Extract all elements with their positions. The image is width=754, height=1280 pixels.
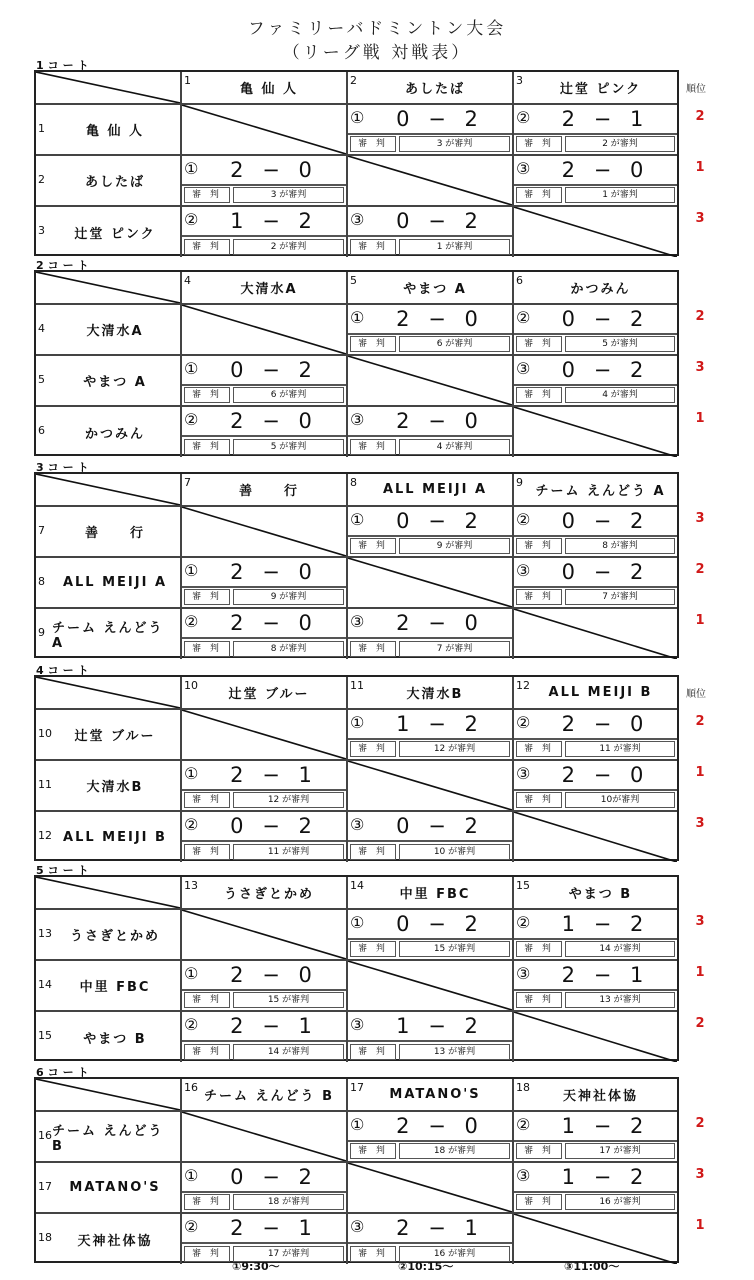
referee-row: 審 判 5 が審判 (514, 335, 677, 354)
match-score-box: ② 2 − 0 (182, 407, 346, 437)
game-order: ② (516, 1115, 530, 1134)
self-match-cell (180, 710, 346, 759)
column-header: 10 辻堂 ブルー (180, 677, 346, 708)
league-table: 1 亀 仙 人 2 あしたば 3 辻堂 ピンク 1 亀 仙 人 ① 0 − 2 (34, 70, 679, 256)
time-slot-2: ②10:15〜 (398, 1258, 453, 1274)
team-number: 5 (38, 373, 45, 386)
rank-value: 2 (690, 1016, 710, 1031)
team-number: 9 (38, 626, 45, 639)
row-header: 2 あしたば (36, 156, 180, 205)
row-header: 6 かつみん (36, 407, 180, 457)
page-subtitle: （リーグ戦 対戦表） (0, 38, 754, 63)
team-name: チーム えんどう A (528, 474, 673, 505)
referee-label: 審 判 (184, 1246, 230, 1262)
team-number: 7 (38, 524, 45, 537)
match-score: 2 − 0 (212, 156, 336, 184)
match-cell: ① 2 − 0 審 判 9 が審判 (180, 558, 346, 607)
referee-label: 審 判 (516, 992, 562, 1008)
match-cell: ① 0 − 2 審 判 18 が審判 (180, 1163, 346, 1212)
diagonal-line-icon (514, 1214, 677, 1264)
team-name: チーム えんどう B (196, 1079, 342, 1110)
game-order: ① (184, 964, 198, 983)
team-name: ALL MEIJI A (362, 474, 508, 505)
team-number: 8 (38, 575, 45, 588)
row-header: 16 チーム えんどう B (36, 1112, 180, 1161)
match-score: 0 − 2 (378, 910, 502, 938)
game-order: ② (184, 815, 198, 834)
match-score-box: ① 1 − 2 (348, 710, 512, 740)
rank-value: 3 (690, 211, 710, 226)
match-score: 2 − 1 (212, 761, 336, 789)
column-header: 8 ALL MEIJI A (346, 474, 512, 505)
match-cell: ② 2 − 1 審 判 2 が審判 (512, 105, 677, 154)
match-cell: ③ 0 − 2 審 判 10 が審判 (346, 812, 512, 862)
game-order: ① (184, 359, 198, 378)
referee-assignment: 2 が審判 (565, 136, 675, 152)
rank-value: 2 (690, 309, 710, 324)
referee-label: 審 判 (350, 941, 396, 957)
match-cell: ③ 1 − 2 審 判 13 が審判 (346, 1012, 512, 1062)
team-row: 5 やまつ A ① 0 − 2 審 判 6 が審判 ③ (36, 354, 677, 405)
referee-assignment: 7 が審判 (399, 641, 510, 657)
referee-assignment: 11 が審判 (233, 844, 344, 860)
rank-value: 2 (690, 1116, 710, 1131)
match-score: 2 − 0 (212, 407, 336, 435)
referee-label: 審 判 (516, 387, 562, 403)
team-name: チーム えんどう B (52, 1112, 178, 1161)
match-score: 0 − 2 (378, 207, 502, 235)
match-cell: ① 2 − 0 審 判 3 が審判 (180, 156, 346, 205)
diagonal-line-icon (514, 207, 677, 257)
self-match-cell (346, 961, 512, 1010)
match-cell: ① 0 − 2 審 判 15 が審判 (346, 910, 512, 959)
row-header: 18 天神社体協 (36, 1214, 180, 1264)
referee-label: 審 判 (184, 1044, 230, 1060)
referee-row: 審 判 15 が審判 (348, 940, 512, 959)
referee-label: 審 判 (516, 941, 562, 957)
match-score-box: ② 1 − 2 (514, 1112, 677, 1142)
match-score: 1 − 2 (544, 1112, 667, 1140)
team-name: 大清水B (362, 677, 508, 708)
match-score: 0 − 2 (544, 507, 667, 535)
game-order: ① (350, 1115, 364, 1134)
referee-row: 審 判 2 が審判 (182, 238, 346, 257)
match-score-box: ① 2 − 0 (182, 558, 346, 588)
referee-assignment: 7 が審判 (565, 589, 675, 605)
game-order: ③ (516, 1166, 530, 1185)
referee-row: 審 判 16 が審判 (514, 1193, 677, 1212)
referee-label: 審 判 (184, 792, 230, 808)
match-cell: ② 2 − 0 審 判 5 が審判 (180, 407, 346, 457)
referee-row: 審 判 4 が審判 (348, 438, 512, 457)
team-name: チーム えんどう A (52, 609, 178, 659)
team-name: かつみん (52, 407, 178, 457)
row-header: 13 うさぎとかめ (36, 910, 180, 959)
team-name: 辻堂 ピンク (52, 207, 178, 257)
team-number: 2 (350, 74, 357, 87)
game-order: ③ (350, 1015, 364, 1034)
team-number: 9 (516, 476, 523, 489)
row-header: 5 やまつ A (36, 356, 180, 405)
referee-row: 審 判 10が審判 (514, 791, 677, 810)
match-score-box: ① 0 − 2 (348, 910, 512, 940)
match-score: 2 − 0 (378, 305, 502, 333)
team-row: 10 辻堂 ブルー ① 1 − 2 審 判 12 が審判 ② (36, 708, 677, 759)
match-cell: ③ 2 − 1 審 判 16 が審判 (346, 1214, 512, 1264)
team-number: 4 (38, 322, 45, 335)
referee-row: 審 判 9 が審判 (348, 537, 512, 556)
referee-assignment: 6 が審判 (399, 336, 510, 352)
diagonal-line-icon (182, 910, 346, 959)
team-number: 3 (516, 74, 523, 87)
referee-label: 審 判 (516, 792, 562, 808)
team-name: 大清水B (52, 761, 178, 810)
referee-row: 審 判 3 が審判 (182, 186, 346, 205)
row-header: 11 大清水B (36, 761, 180, 810)
match-score-box: ① 2 − 0 (348, 305, 512, 335)
match-score: 0 − 2 (212, 356, 336, 384)
match-score: 2 − 1 (212, 1012, 336, 1040)
match-score: 2 − 0 (544, 156, 667, 184)
match-score-box: ② 0 − 2 (182, 812, 346, 842)
rank-value: 3 (690, 914, 710, 929)
match-score: 0 − 2 (544, 558, 667, 586)
game-order: ③ (516, 159, 530, 178)
match-cell: ③ 0 − 2 審 判 1 が審判 (346, 207, 512, 257)
team-row: 9 チーム えんどう A ② 2 − 0 審 判 8 が審判 ③ (36, 607, 677, 659)
team-number: 12 (38, 829, 52, 842)
match-score: 2 − 0 (212, 609, 336, 637)
referee-assignment: 14 が審判 (565, 941, 675, 957)
referee-row: 審 判 15 が審判 (182, 991, 346, 1010)
diagonal-line-icon (36, 72, 180, 103)
corner-cell (36, 677, 180, 708)
referee-row: 審 判 12 が審判 (348, 740, 512, 759)
game-order: ① (350, 913, 364, 932)
league-table: 13 うさぎとかめ 14 中里 FBC 15 やまつ B 13 うさぎとかめ ①… (34, 875, 679, 1061)
team-row: 1 亀 仙 人 ① 0 − 2 審 判 3 が審判 ② (36, 103, 677, 154)
match-score: 1 − 2 (544, 1163, 667, 1191)
match-cell: ① 2 − 0 審 判 15 が審判 (180, 961, 346, 1010)
game-order: ① (184, 159, 198, 178)
team-name: MATANO'S (362, 1079, 508, 1110)
team-name: 善 行 (52, 507, 178, 556)
column-header: 11 大清水B (346, 677, 512, 708)
team-row: 13 うさぎとかめ ① 0 − 2 審 判 15 が審判 ② (36, 908, 677, 959)
team-number: 4 (184, 274, 191, 287)
referee-row: 審 判 11 が審判 (514, 740, 677, 759)
team-number: 13 (38, 927, 52, 940)
match-score-box: ① 0 − 2 (182, 356, 346, 386)
referee-label: 審 判 (516, 1143, 562, 1159)
game-order: ② (184, 1217, 198, 1236)
diagonal-line-icon (36, 677, 180, 708)
header-row: 7 善 行 8 ALL MEIJI A 9 チーム えんどう A (36, 474, 677, 505)
self-match-cell (512, 609, 677, 659)
game-order: ① (350, 108, 364, 127)
match-score: 0 − 2 (378, 812, 502, 840)
match-score-box: ③ 1 − 2 (348, 1012, 512, 1042)
game-order: ② (184, 410, 198, 429)
team-number: 3 (38, 224, 45, 237)
team-name: 中里 FBC (362, 877, 508, 908)
column-header: 9 チーム えんどう A (512, 474, 677, 505)
referee-assignment: 3 が審判 (233, 187, 344, 203)
game-order: ① (350, 713, 364, 732)
rank-value: 2 (690, 562, 710, 577)
self-match-cell (180, 305, 346, 354)
team-name: 天神社体協 (52, 1214, 178, 1264)
header-row: 4 大清水A 5 やまつ A 6 かつみん (36, 272, 677, 303)
referee-label: 審 判 (184, 439, 230, 455)
referee-label: 審 判 (350, 844, 396, 860)
team-row: 6 かつみん ② 2 − 0 審 判 5 が審判 ③ (36, 405, 677, 457)
match-cell: ① 2 − 0 審 判 6 が審判 (346, 305, 512, 354)
match-score-box: ③ 2 − 0 (348, 407, 512, 437)
referee-row: 審 判 17 が審判 (514, 1142, 677, 1161)
corner-cell (36, 474, 180, 505)
referee-assignment: 4 が審判 (399, 439, 510, 455)
referee-row: 審 判 3 が審判 (348, 135, 512, 154)
diagonal-line-icon (348, 558, 512, 607)
team-row: 16 チーム えんどう B ① 2 − 0 審 判 18 が審判 ② (36, 1110, 677, 1161)
league-table: 10 辻堂 ブルー 11 大清水B 12 ALL MEIJI B 10 辻堂 ブ… (34, 675, 679, 861)
corner-cell (36, 1079, 180, 1110)
self-match-cell (346, 761, 512, 810)
referee-label: 審 判 (184, 844, 230, 860)
referee-assignment: 6 が審判 (233, 387, 344, 403)
match-score: 2 − 1 (544, 961, 667, 989)
diagonal-line-icon (514, 812, 677, 862)
game-order: ③ (350, 612, 364, 631)
match-score-box: ① 0 − 2 (348, 507, 512, 537)
column-header: 18 天神社体協 (512, 1079, 677, 1110)
column-header: 13 うさぎとかめ (180, 877, 346, 908)
team-name: ALL MEIJI A (52, 558, 178, 607)
team-name: かつみん (528, 272, 673, 303)
referee-label: 審 判 (184, 387, 230, 403)
team-number: 18 (38, 1231, 52, 1244)
diagonal-line-icon (348, 761, 512, 810)
match-score-box: ③ 0 − 2 (348, 812, 512, 842)
match-score-box: ① 2 − 0 (348, 1112, 512, 1142)
game-order: ③ (516, 764, 530, 783)
team-name: 辻堂 ブルー (52, 710, 178, 759)
team-name: 善 行 (196, 474, 342, 505)
referee-label: 審 判 (516, 336, 562, 352)
game-order: ② (184, 612, 198, 631)
referee-assignment: 5 が審判 (565, 336, 675, 352)
team-name: やまつ B (528, 877, 673, 908)
self-match-cell (512, 407, 677, 457)
team-row: 4 大清水A ① 2 − 0 審 判 6 が審判 ② (36, 303, 677, 354)
team-number: 8 (350, 476, 357, 489)
referee-row: 審 判 18 が審判 (182, 1193, 346, 1212)
game-order: ① (184, 1166, 198, 1185)
diagonal-line-icon (36, 474, 180, 505)
game-order: ③ (350, 210, 364, 229)
referee-assignment: 4 が審判 (565, 387, 675, 403)
game-order: ② (516, 108, 530, 127)
corner-cell (36, 72, 180, 103)
team-number: 11 (38, 778, 52, 791)
team-number: 14 (38, 978, 52, 991)
match-cell: ① 0 − 2 審 判 6 が審判 (180, 356, 346, 405)
team-name: 中里 FBC (52, 961, 178, 1010)
match-score-box: ② 1 − 2 (182, 207, 346, 237)
match-cell: ① 0 − 2 審 判 9 が審判 (346, 507, 512, 556)
game-order: ③ (516, 964, 530, 983)
game-order: ③ (350, 1217, 364, 1236)
team-row: 17 MATANO'S ① 0 − 2 審 判 18 が審判 ③ (36, 1161, 677, 1212)
match-score: 0 − 2 (378, 105, 502, 133)
row-header: 7 善 行 (36, 507, 180, 556)
team-number: 7 (184, 476, 191, 489)
column-header: 1 亀 仙 人 (180, 72, 346, 103)
referee-label: 審 判 (350, 1143, 396, 1159)
match-cell: ② 0 − 2 審 判 5 が審判 (512, 305, 677, 354)
match-score: 0 − 2 (212, 812, 336, 840)
match-cell: ③ 2 − 0 審 判 10が審判 (512, 761, 677, 810)
match-score-box: ② 0 − 2 (514, 507, 677, 537)
team-row: 3 辻堂 ピンク ② 1 − 2 審 判 2 が審判 ③ (36, 205, 677, 257)
referee-label: 審 判 (184, 641, 230, 657)
team-number: 6 (38, 424, 45, 437)
team-name: 大清水A (196, 272, 342, 303)
match-score-box: ③ 0 − 2 (348, 207, 512, 237)
diagonal-line-icon (514, 609, 677, 659)
match-cell: ② 2 − 1 審 判 17 が審判 (180, 1214, 346, 1264)
match-cell: ① 0 − 2 審 判 3 が審判 (346, 105, 512, 154)
match-cell: ③ 2 − 0 審 判 4 が審判 (346, 407, 512, 457)
column-header: 4 大清水A (180, 272, 346, 303)
match-score-box: ③ 0 − 2 (514, 356, 677, 386)
team-row: 2 あしたば ① 2 − 0 審 判 3 が審判 ③ (36, 154, 677, 205)
match-cell: ② 0 − 2 審 判 8 が審判 (512, 507, 677, 556)
self-match-cell (512, 207, 677, 257)
referee-assignment: 5 が審判 (233, 439, 344, 455)
team-name: うさぎとかめ (52, 910, 178, 959)
team-name: 大清水A (52, 305, 178, 354)
team-row: 18 天神社体協 ② 2 − 1 審 判 17 が審判 ③ (36, 1212, 677, 1264)
match-score-box: ② 0 − 2 (514, 305, 677, 335)
referee-label: 審 判 (350, 741, 396, 757)
row-header: 9 チーム えんどう A (36, 609, 180, 659)
diagonal-line-icon (182, 105, 346, 154)
self-match-cell (346, 356, 512, 405)
header-row: 16 チーム えんどう B 17 MATANO'S 18 天神社体協 (36, 1079, 677, 1110)
referee-label: 審 判 (350, 336, 396, 352)
team-number: 10 (38, 727, 52, 740)
header-row: 1 亀 仙 人 2 あしたば 3 辻堂 ピンク (36, 72, 677, 103)
team-name: あしたば (362, 72, 508, 103)
team-row: 15 やまつ B ② 2 − 1 審 判 14 が審判 ③ (36, 1010, 677, 1062)
time-slot-3: ③11:00〜 (564, 1258, 619, 1274)
referee-assignment: 18 が審判 (399, 1143, 510, 1159)
match-cell: ② 1 − 2 審 判 2 が審判 (180, 207, 346, 257)
diagonal-line-icon (36, 877, 180, 908)
match-score-box: ① 0 − 2 (182, 1163, 346, 1193)
match-score-box: ② 1 − 2 (514, 910, 677, 940)
column-header: 16 チーム えんどう B (180, 1079, 346, 1110)
referee-assignment: 1 が審判 (565, 187, 675, 203)
referee-label: 審 判 (350, 439, 396, 455)
referee-label: 審 判 (350, 641, 396, 657)
game-order: ③ (516, 561, 530, 580)
match-score-box: ② 2 − 1 (514, 105, 677, 135)
referee-row: 審 判 6 が審判 (182, 386, 346, 405)
referee-row: 審 判 7 が審判 (348, 640, 512, 659)
match-cell: ② 2 − 0 審 判 8 が審判 (180, 609, 346, 659)
team-number: 15 (38, 1029, 52, 1042)
game-order: ③ (350, 815, 364, 834)
referee-assignment: 11 が審判 (565, 741, 675, 757)
referee-assignment: 17 が審判 (565, 1143, 675, 1159)
diagonal-line-icon (348, 1163, 512, 1212)
referee-label: 審 判 (184, 992, 230, 1008)
match-score-box: ③ 2 − 1 (348, 1214, 512, 1244)
match-score: 2 − 1 (212, 1214, 336, 1242)
self-match-cell (346, 558, 512, 607)
self-match-cell (180, 507, 346, 556)
match-score-box: ③ 2 − 1 (514, 961, 677, 991)
column-header: 17 MATANO'S (346, 1079, 512, 1110)
diagonal-line-icon (36, 1079, 180, 1110)
column-header: 15 やまつ B (512, 877, 677, 908)
referee-row: 審 判 14 が審判 (514, 940, 677, 959)
game-order: ② (516, 510, 530, 529)
referee-assignment: 15 が審判 (233, 992, 344, 1008)
match-score-box: ① 0 − 2 (348, 105, 512, 135)
referee-assignment: 12 が審判 (233, 792, 344, 808)
match-score: 1 − 2 (378, 1012, 502, 1040)
match-score: 1 − 2 (378, 710, 502, 738)
match-score: 2 − 0 (544, 710, 667, 738)
team-row: 11 大清水B ① 2 − 1 審 判 12 が審判 ③ (36, 759, 677, 810)
diagonal-line-icon (36, 272, 180, 303)
referee-assignment: 9 が審判 (399, 538, 510, 554)
match-score-box: ① 2 − 1 (182, 761, 346, 791)
team-row: 8 ALL MEIJI A ① 2 − 0 審 判 9 が審判 ③ (36, 556, 677, 607)
team-name: ALL MEIJI B (52, 812, 178, 862)
row-header: 8 ALL MEIJI A (36, 558, 180, 607)
referee-row: 審 判 11 が審判 (182, 843, 346, 862)
rank-value: 1 (690, 411, 710, 426)
match-score: 2 − 0 (378, 1112, 502, 1140)
team-number: 5 (350, 274, 357, 287)
team-name: MATANO'S (52, 1163, 178, 1212)
self-match-cell (180, 910, 346, 959)
game-order: ① (184, 764, 198, 783)
self-match-cell (346, 1163, 512, 1212)
column-header: 2 あしたば (346, 72, 512, 103)
referee-label: 審 判 (184, 239, 230, 255)
rank-value: 2 (690, 714, 710, 729)
match-cell: ③ 2 − 0 審 判 7 が審判 (346, 609, 512, 659)
column-header: 12 ALL MEIJI B (512, 677, 677, 708)
rank-value: 3 (690, 511, 710, 526)
match-score-box: ② 2 − 1 (182, 1012, 346, 1042)
diagonal-line-icon (182, 305, 346, 354)
self-match-cell (180, 105, 346, 154)
match-score: 0 − 2 (544, 305, 667, 333)
referee-label: 審 判 (184, 1194, 230, 1210)
column-header: 7 善 行 (180, 474, 346, 505)
row-header: 3 辻堂 ピンク (36, 207, 180, 257)
team-row: 12 ALL MEIJI B ② 0 − 2 審 判 11 が審判 ③ (36, 810, 677, 862)
match-score-box: ③ 2 − 0 (514, 156, 677, 186)
referee-label: 審 判 (516, 187, 562, 203)
